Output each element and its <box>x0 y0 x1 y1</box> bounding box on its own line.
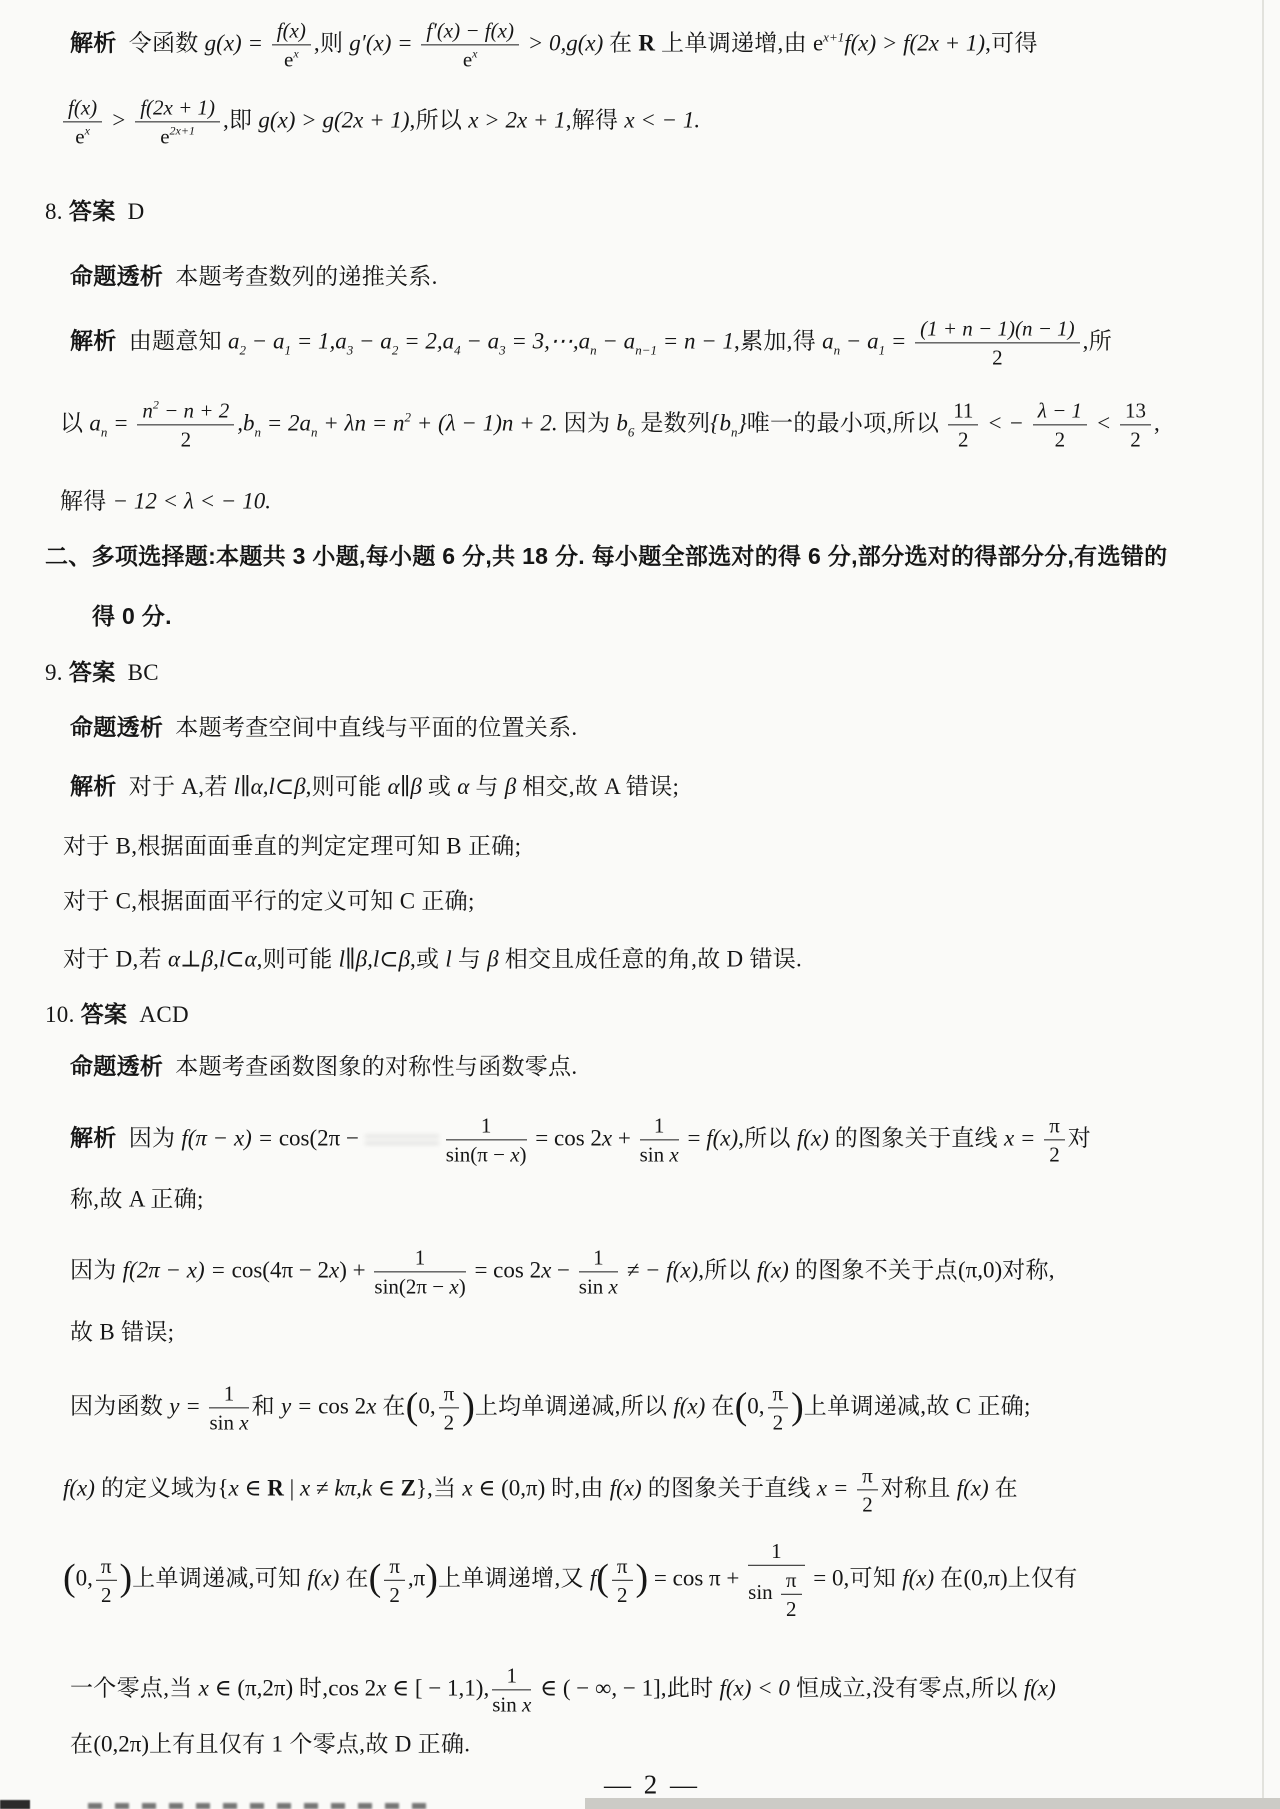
bold-label: 答案 <box>69 198 116 224</box>
denominator: sin x <box>579 1273 618 1299</box>
math-upright-run: 13 <box>1125 398 1146 422</box>
fraction: f(x)ex <box>63 95 102 148</box>
numerator: f′(x) − f(x) <box>421 18 519 45</box>
math-run: kπ,k <box>334 1475 372 1500</box>
math-run: − a <box>840 328 879 353</box>
math-upright-run: cos 2 <box>328 1675 376 1700</box>
math-upright-run: e <box>160 125 169 149</box>
superscript: x <box>293 47 298 61</box>
fraction: λ − 12 <box>1033 398 1087 451</box>
math-run: f(2x + 1) <box>140 95 215 119</box>
numerator: 1 <box>374 1245 465 1272</box>
text-run: 在 <box>705 1393 734 1418</box>
bold-label: 答案 <box>69 659 116 685</box>
math-upright-run: 0, <box>747 1393 764 1418</box>
denominator: sin(2π − x) <box>374 1273 465 1299</box>
numerator: f(2x + 1) <box>135 95 220 122</box>
fraction: π2 <box>439 1381 460 1434</box>
text-run: BC <box>116 660 159 685</box>
text-run: 对于 B,根据面面垂直的判定定理可知 B 正确; <box>63 834 521 859</box>
math-run: f(x) <box>307 1565 339 1590</box>
math-upright-run: ,π <box>408 1565 425 1590</box>
numerator: n2 − n + 2 <box>137 398 234 425</box>
denominator: 2 <box>915 344 1080 370</box>
math-run: f(x) > f(2x + 1) <box>844 30 985 55</box>
math-upright-run: = <box>682 1125 706 1150</box>
blackboard-letter: Z <box>401 1475 416 1500</box>
q7-analysis-1: 解析 令函数 g(x) = f(x)ex,则 g′(x) = f′(x) − f… <box>70 18 1038 71</box>
denominator: sin x <box>492 1691 531 1717</box>
text-run: 9. <box>45 660 69 685</box>
numerator: π <box>612 1553 633 1580</box>
math-upright-run: e <box>75 125 84 149</box>
denominator: ex <box>63 123 102 149</box>
fraction: π2 <box>1044 1113 1065 1166</box>
text-run: 令函数 <box>117 30 205 55</box>
math-run: {b <box>710 410 731 435</box>
math-upright-run: π <box>786 1568 797 1592</box>
math-upright-run: 2 <box>773 1411 784 1435</box>
math-upright-run: e <box>284 48 293 72</box>
text-run: 上单调递减,故 C 正确; <box>804 1393 1031 1418</box>
math-upright-run: 2 <box>786 1597 797 1621</box>
text-run: 和 <box>252 1393 281 1418</box>
text-run: , <box>1154 410 1160 435</box>
math-upright-run: = cos 2 <box>469 1257 541 1282</box>
numerator: π <box>768 1381 789 1408</box>
text-run: 以 <box>60 410 89 435</box>
math-run: x <box>376 1675 386 1700</box>
numerator: (1 + n − 1)(n − 1) <box>915 316 1080 343</box>
text-run: 因为 <box>70 1257 123 1282</box>
denominator: ex <box>272 46 311 72</box>
text-run: ,所 <box>1083 328 1112 353</box>
math-run: + (λ − 1)n + 2. <box>411 410 558 435</box>
text-run: 与 <box>452 947 487 972</box>
text-run: 上仅有 <box>1008 1565 1078 1590</box>
text-run: 称,故 A 正确; <box>70 1187 204 1212</box>
math-run: b <box>616 410 628 435</box>
fraction: π2 <box>96 1553 117 1606</box>
text-run: 故 B 错误; <box>70 1320 174 1345</box>
math-upright-run: ∈ (π,2π) <box>209 1675 299 1700</box>
q8-insight: 命题透析 本题考查数列的递推关系. <box>70 262 438 292</box>
math-upright-run: π <box>389 1553 400 1577</box>
q10-analysis-3: 因为 f(2π − x) = cos(4π − 2x) + 1sin(2π − … <box>70 1245 1055 1298</box>
math-upright-run: sin <box>492 1693 522 1717</box>
fraction: 1sin(2π − x) <box>374 1245 465 1298</box>
numerator: λ − 1 <box>1033 398 1087 425</box>
math-run: α∥β <box>388 774 422 799</box>
bold-label: 解析 <box>70 327 117 353</box>
numerator: 13 <box>1120 398 1151 425</box>
text-run: 上均单调递减,所以 <box>475 1393 674 1418</box>
math-upright-run: (π,0) <box>958 1257 1002 1282</box>
math-upright-run: ) <box>459 1275 466 1299</box>
text-run: 的图象关于直线 <box>829 1125 1004 1150</box>
math-run: x <box>239 1411 248 1435</box>
math-upright-run: 2 <box>992 346 1003 370</box>
math-upright-run: 0, <box>418 1393 435 1418</box>
math-upright-run: π <box>1049 1113 1060 1137</box>
math-run: − a <box>353 328 392 353</box>
math-upright-run: e <box>813 30 823 55</box>
fraction: 132 <box>1120 398 1151 451</box>
math-run: f(π − x) = <box>181 1125 278 1150</box>
q7-analysis-2: f(x)ex > f(2x + 1)e2x+1,即 g(x) > g(2x + … <box>60 95 700 148</box>
text-run: 恒成立,没有零点,所以 <box>790 1675 1024 1700</box>
text-run: 的图象关于直线 <box>642 1475 817 1500</box>
math-upright-run: = cos 2 <box>530 1125 602 1150</box>
math-run: − n + 2 <box>159 398 229 422</box>
math-upright-run: (0,π) <box>963 1565 1007 1590</box>
denominator: 2 <box>96 1581 117 1607</box>
math-upright-run: 1 <box>415 1245 426 1269</box>
math-run: f(x) <box>706 1125 738 1150</box>
text-run: ,则可能 <box>306 774 388 799</box>
subscript: n−1 <box>635 342 657 357</box>
math-run: > 0,g(x) <box>522 30 609 55</box>
math-run: ≠ − f(x) <box>621 1257 698 1282</box>
numerator: π <box>1044 1113 1065 1140</box>
numerator: 11 <box>948 398 978 425</box>
denominator: e2x+1 <box>135 123 220 149</box>
numerator: f(x) <box>272 18 311 45</box>
fraction: n2 − n + 22 <box>137 398 234 451</box>
q8-analysis-1: 解析 由题意知 a2 − a1 = 1,a3 − a2 = 2,a4 − a3 … <box>70 316 1112 369</box>
text-run: 对称, <box>1002 1257 1055 1282</box>
denominator: sin(π − x) <box>446 1141 527 1167</box>
math-run: l∥α,l⊂β <box>234 774 306 799</box>
math-run: β <box>505 774 516 799</box>
text-run: 是数列 <box>634 410 710 435</box>
math-upright-run: { <box>217 1475 228 1500</box>
math-upright-run: 2 <box>1130 428 1141 452</box>
math-upright-run: sin <box>209 1411 239 1435</box>
denominator: 2 <box>948 426 978 452</box>
section-2-header: 二、多项选择题:本题共 3 小题,每小题 6 分,共 18 分. 每小题全部选对… <box>45 542 1167 572</box>
math-run: n <box>142 398 153 422</box>
math-run: x <box>510 1143 519 1167</box>
text-run: ,此时 <box>661 1675 720 1700</box>
q9-analysis-b: 对于 B,根据面面垂直的判定定理可知 B 正确; <box>63 833 521 862</box>
denominator: ex <box>421 46 519 72</box>
bold-label: 解析 <box>70 1124 117 1150</box>
numerator: π <box>384 1553 405 1580</box>
math-upright-run: cos 2 <box>318 1393 366 1418</box>
superscript: x <box>472 47 477 61</box>
page-number: — 2 — <box>604 1770 700 1801</box>
q10-analysis-9: 在(0,2π)上有且仅有 1 个零点,故 D 正确. <box>70 1731 470 1760</box>
fraction: 1sin x <box>209 1381 248 1434</box>
blackboard-letter: R <box>267 1475 284 1500</box>
math-run: a <box>89 410 101 435</box>
math-upright-run: + <box>612 1125 636 1150</box>
math-upright-run: 2 <box>181 428 192 452</box>
math-run: } <box>737 410 746 435</box>
text-run: 上有且仅有 1 个零点,故 D 正确. <box>149 1732 470 1757</box>
text-run: ,所以 <box>738 1125 797 1150</box>
math-upright-run: π <box>617 1553 628 1577</box>
q10-answer: 10. 答案 ACD <box>45 1000 189 1030</box>
denominator: 2 <box>1120 426 1151 452</box>
math-run: f′(x) − f(x) <box>426 18 514 42</box>
text-run: 在 <box>339 1565 368 1590</box>
math-upright-run: 2 <box>101 1583 112 1607</box>
math-run: y = <box>281 1393 318 1418</box>
math-run: f(x) < 0 <box>719 1675 789 1700</box>
math-upright-run: ∈ [ − 1,1), <box>386 1675 489 1700</box>
q10-analysis-7: (0,π2)上单调递减,可知 f(x) 在(π2,π)上单调递增,又 f(π2)… <box>63 1539 1078 1621</box>
math-run: = <box>885 328 912 353</box>
math-run: − a <box>461 328 500 353</box>
text-run: 时,由 <box>551 1475 610 1500</box>
text-run: 相交,故 A 错误; <box>516 774 679 799</box>
math-run: = 2,a <box>398 328 454 353</box>
math-run: (1 + n − 1)(n − 1) <box>920 316 1075 340</box>
text-run: 由题意知 <box>117 328 228 353</box>
math-run: f(x) <box>797 1125 829 1150</box>
math-run: f(x) <box>673 1393 705 1418</box>
denominator: 2 <box>781 1595 802 1621</box>
math-upright-run: 2 <box>862 1493 873 1517</box>
text-run: 在 <box>989 1475 1018 1500</box>
numerator: π <box>781 1568 802 1595</box>
math-upright-run: 2 <box>1049 1143 1060 1167</box>
text-run: 的图象不关于点 <box>789 1257 958 1282</box>
text-run: 或 <box>422 774 457 799</box>
q9-insight: 命题透析 本题考查空间中直线与平面的位置关系. <box>70 713 577 743</box>
text-run: 本题考查函数图象的对称性与函数零点. <box>163 1054 577 1079</box>
math-upright-run: 1 <box>507 1663 518 1687</box>
text-run: ,则 <box>314 30 349 55</box>
math-upright-run: sin <box>640 1143 670 1167</box>
denominator: 2 <box>1033 426 1087 452</box>
superscript: x+1 <box>823 29 844 44</box>
text-run: 8. <box>45 199 69 224</box>
text-run: ,则可能 <box>257 947 339 972</box>
text-run: ACD <box>127 1002 189 1027</box>
text-run: 与 <box>469 774 504 799</box>
math-upright-run: ∈ (0,π) <box>473 1475 551 1500</box>
fraction: π2 <box>768 1381 789 1434</box>
math-upright-run: 2 <box>1055 428 1066 452</box>
math-run: x <box>199 1675 209 1700</box>
math-upright-run: e <box>463 48 472 72</box>
math-run: x <box>366 1393 376 1418</box>
math-run: = 1,a <box>291 328 347 353</box>
math-upright-run: sin <box>748 1580 778 1604</box>
denominator: sin x <box>209 1409 248 1435</box>
bold-label: 答案 <box>81 1001 128 1027</box>
text-run: ,解得 <box>566 107 625 132</box>
text-run: 因为 <box>558 410 617 435</box>
math-run: x <box>229 1475 239 1500</box>
q8-analysis-3: 解得 − 12 < λ < − 10. <box>60 488 271 517</box>
math-run: λ − 1 <box>1038 398 1082 422</box>
math-upright-run: cos(2π − <box>279 1125 365 1150</box>
q10-analysis-6: f(x) 的定义域为{x ∈ R | x ≠ kπ,k ∈ Z},当 x ∈ (… <box>63 1463 1018 1516</box>
bold-label: 解析 <box>70 773 117 799</box>
math-run: x <box>300 1475 310 1500</box>
text-run: ,所以 <box>698 1257 757 1282</box>
fraction: f′(x) − f(x)ex <box>421 18 519 71</box>
numerator: π <box>96 1553 117 1580</box>
math-upright-run: = cos π + <box>648 1565 745 1590</box>
q10-analysis-2: 称,故 A 正确; <box>70 1186 204 1215</box>
math-upright-run: cos(4π − 2 <box>232 1257 329 1282</box>
numerator: 1 <box>640 1113 679 1140</box>
blackboard-letter: R <box>638 30 655 55</box>
text-run: 一个零点,当 <box>70 1675 199 1700</box>
text-run: 上单调递减,可知 <box>132 1565 307 1590</box>
math-upright-run: 1 <box>654 1113 665 1137</box>
math-upright-run: π <box>101 1553 112 1577</box>
superscript: 2x+1 <box>170 124 195 138</box>
text-run: 上单调递增,又 <box>438 1565 590 1590</box>
text-run: 在 <box>376 1393 405 1418</box>
math-upright-run: sin(π − <box>446 1143 510 1167</box>
math-run: x <box>462 1475 472 1500</box>
text-run: 在 <box>934 1565 963 1590</box>
scan-edge-line <box>1262 0 1264 1809</box>
text-run: 对于 D,若 <box>63 947 168 972</box>
q8-analysis-2: 以 an = n2 − n + 22,bn = 2an + λn = n2 + … <box>60 398 1160 451</box>
fraction: 1sin x <box>492 1663 531 1716</box>
math-run: − 12 < λ < − 10. <box>113 489 271 514</box>
fraction: π2 <box>781 1568 802 1621</box>
math-upright-run: sin <box>579 1275 609 1299</box>
math-run: x = <box>817 1475 854 1500</box>
math-run: f(x) <box>1024 1675 1056 1700</box>
math-upright-run: 2 <box>617 1583 628 1607</box>
math-upright-run: 2 <box>958 428 969 452</box>
fraction: 112 <box>948 398 978 451</box>
math-run: f(x) <box>68 95 97 119</box>
fraction: 1sin x <box>579 1245 618 1298</box>
math-upright-run: π <box>862 1463 873 1487</box>
bold-label: 命题透析 <box>70 263 163 289</box>
superscript: x <box>85 124 90 138</box>
denominator: 2 <box>612 1581 633 1607</box>
q10-insight: 命题透析 本题考查函数图象的对称性与函数零点. <box>70 1052 577 1082</box>
bold-label: 得 0 分. <box>92 603 172 629</box>
fraction: f(x)ex <box>272 18 311 71</box>
q9-answer: 9. 答案 BC <box>45 658 159 688</box>
math-run: = 2a <box>261 410 311 435</box>
numerator: 1 <box>579 1245 618 1272</box>
math-run: − a <box>597 328 636 353</box>
math-run: a <box>228 328 240 353</box>
math-run: g′(x) = <box>349 30 418 55</box>
math-run: β <box>487 947 498 972</box>
text-run: 相交且成任意的角,故 D 错误. <box>499 947 802 972</box>
math-upright-run: 2 <box>444 1411 455 1435</box>
section-2-header-cont: 得 0 分. <box>92 602 172 632</box>
q10-analysis-8: 一个零点,当 x ∈ (π,2π) 时,cos 2x ∈ [ − 1,1),1s… <box>70 1663 1056 1716</box>
numerator: 1 <box>748 1539 804 1566</box>
math-run: f(x) <box>610 1475 642 1500</box>
math-run: > <box>105 107 132 132</box>
text-run: 10. <box>45 1002 81 1027</box>
denominator: 2 <box>137 426 234 452</box>
denominator: 2 <box>1044 1141 1065 1167</box>
numerator: 1 <box>209 1381 248 1408</box>
text-run: 本题考查数列的递推关系. <box>163 264 437 289</box>
fraction: 1sin π2 <box>748 1539 804 1621</box>
bold-label: 命题透析 <box>70 714 163 740</box>
text-run: 对于 C,根据面面平行的定义可知 C 正确; <box>63 889 475 914</box>
q9-analysis-a: 解析 对于 A,若 l∥α,l⊂β,则可能 α∥β 或 α 与 β 相交,故 A… <box>70 772 679 802</box>
math-run: = n − 1 <box>657 328 734 353</box>
denominator: sin π2 <box>748 1566 804 1621</box>
text-run: 唯一的最小项,所以 <box>747 410 946 435</box>
text-run: 时, <box>299 1675 328 1700</box>
math-run: x < − 1. <box>624 107 700 132</box>
math-upright-run: ∈ <box>239 1475 268 1500</box>
text-run: 的定义域为 <box>95 1475 218 1500</box>
math-upright-run: } <box>416 1475 427 1500</box>
math-run: ,b <box>237 410 254 435</box>
math-run: f(x) <box>63 1475 95 1500</box>
math-run: x <box>609 1275 618 1299</box>
math-run: − a <box>246 328 285 353</box>
math-run: f(x) <box>277 18 306 42</box>
math-run: g(x) > g(2x + 1) <box>258 107 409 132</box>
denominator: 2 <box>384 1581 405 1607</box>
numerator: π <box>857 1463 878 1490</box>
math-upright-run: ) + <box>339 1257 371 1282</box>
math-upright-run: ≠ <box>310 1475 334 1500</box>
text-run: 本题考查空间中直线与平面的位置关系. <box>163 715 577 740</box>
math-run: x <box>541 1257 551 1282</box>
math-upright-run: 0, <box>76 1565 93 1590</box>
text-run: D <box>116 199 145 224</box>
math-upright-run: 1 <box>771 1539 782 1563</box>
q10-analysis-1: 解析 因为 f(π − x) = cos(2π − 1sin(π − x) = … <box>70 1113 1091 1166</box>
text-run: ,所以 <box>410 107 469 132</box>
math-run: x <box>522 1693 531 1717</box>
math-upright-run: 11 <box>953 398 973 422</box>
fraction: π2 <box>384 1553 405 1606</box>
q9-analysis-c: 对于 C,根据面面平行的定义可知 C 正确; <box>63 888 475 917</box>
text-run: 在 <box>70 1732 93 1757</box>
numerator: 1 <box>446 1113 527 1140</box>
math-run: f(x) <box>757 1257 789 1282</box>
denominator: sin x <box>640 1141 679 1167</box>
denominator: 2 <box>439 1409 460 1435</box>
math-upright-run: (0,2π) <box>93 1732 149 1757</box>
math-run: x > 2x + 1 <box>468 107 565 132</box>
math-run: α <box>457 774 469 799</box>
math-run: y = <box>169 1393 206 1418</box>
math-upright-run: π <box>773 1381 784 1405</box>
text-run: ,或 <box>410 947 445 972</box>
math-run: f(2π − x) = <box>123 1257 232 1282</box>
math-upright-run: − <box>551 1257 575 1282</box>
text-run: 上单调递增,由 <box>655 30 813 55</box>
math-run: α⊥β,l⊂α <box>168 947 257 972</box>
fraction: (1 + n − 1)(n − 1)2 <box>915 316 1080 369</box>
bottom-scan-bar <box>585 1798 1280 1809</box>
math-run: f(x) <box>902 1565 934 1590</box>
fraction: π2 <box>857 1463 878 1516</box>
math-run: l∥β,l⊂β <box>339 947 410 972</box>
q10-analysis-5: 因为函数 y = 1sin x和 y = cos 2x 在(0,π2)上均单调递… <box>70 1381 1031 1434</box>
numerator: π <box>439 1381 460 1408</box>
text-run: 因为 <box>117 1125 182 1150</box>
math-upright-run: sin(2π − <box>374 1275 449 1299</box>
